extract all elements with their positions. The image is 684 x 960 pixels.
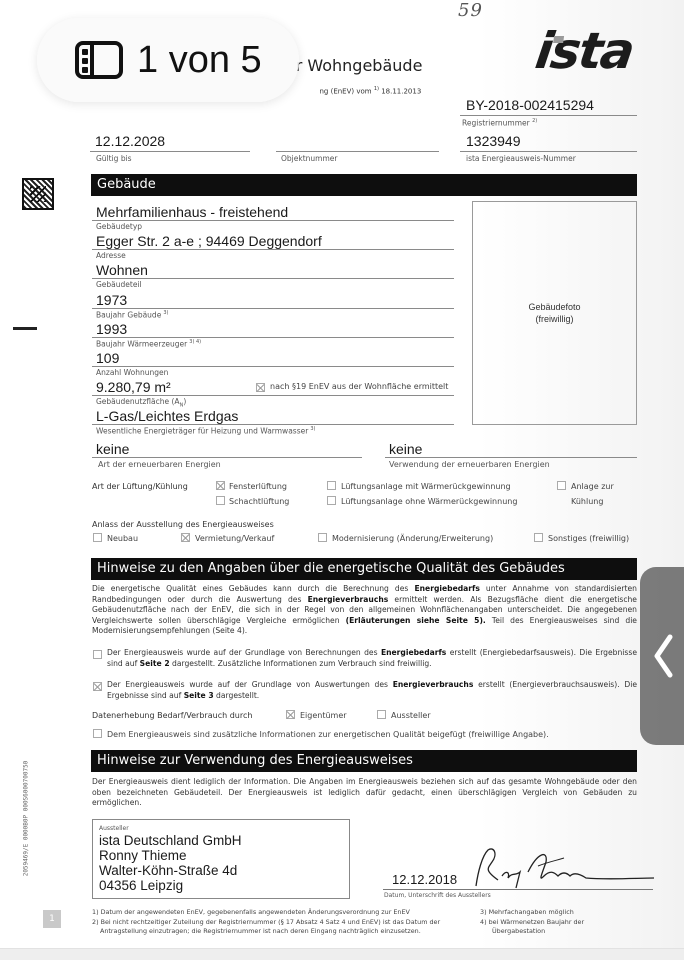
lueftungsanlage-mit-wrg-checkbox[interactable]	[327, 481, 336, 490]
lueftungsanlage-ohne-wrg-checkbox[interactable]	[327, 496, 336, 505]
neubau-checkbox[interactable]	[93, 533, 102, 542]
schachtlueftung-label: Schachtlüftung	[229, 497, 289, 506]
aussteller-label: Aussteller	[391, 711, 431, 720]
side-panel-toggle[interactable]	[640, 567, 684, 745]
signature-caption: Datum, Unterschrift des Ausstellers	[384, 892, 491, 899]
objektnummer-label: Objektnummer	[281, 154, 337, 163]
verbrauchsausweis-text: Der Energieausweis wurde auf der Grundla…	[107, 680, 637, 701]
signature-date: 12.12.2018	[392, 872, 457, 887]
gebaeude-field-value: L-Gas/Leichtes Erdgas	[96, 408, 238, 424]
aussteller-city: 04356 Leipzig	[99, 878, 343, 893]
page-indicator[interactable]: 1 von 5	[37, 18, 299, 102]
erneuerbare-verwendung-value: keine	[389, 441, 422, 457]
qualitaet-intro-text: Die energetische Qualität eines Gebäudes…	[92, 584, 637, 637]
field-underline	[460, 151, 637, 152]
field-underline	[92, 424, 454, 425]
page-indicator-label: 1 von 5	[137, 39, 262, 82]
gebaeude-field-label: Baujahr Gebäude3)	[96, 310, 168, 320]
ista-logo: ista	[532, 26, 636, 76]
margin-mark	[13, 327, 37, 330]
aussteller-name: Ronny Thieme	[99, 848, 343, 863]
page-bottom-edge	[0, 948, 684, 960]
field-underline	[92, 337, 454, 338]
vermietung-verkauf-checkbox[interactable]	[181, 533, 190, 542]
gebaeude-field-value: 109	[96, 350, 119, 366]
aussteller-street: Walter-Köhn-Straße 4d	[99, 863, 343, 878]
anlage-kuehlung-label: Anlage zur	[571, 482, 614, 491]
lueftung-label: Art der Lüftung/Kühlung	[92, 482, 188, 491]
ausweis-nummer-value: 1323949	[466, 133, 521, 149]
sonstiges-checkbox[interactable]	[534, 533, 543, 542]
handwritten-signature	[468, 842, 658, 894]
chevron-left-icon	[648, 631, 678, 681]
datamatrix-code	[22, 178, 54, 210]
schachtlueftung-checkbox[interactable]	[216, 496, 225, 505]
sonstiges-label: Sonstiges (freiwillig)	[548, 534, 629, 543]
footnotes-left: 1) Datum der angewendeten EnEV, gegebene…	[92, 908, 440, 937]
erneuerbare-art-label: Art der erneuerbaren Energien	[98, 460, 221, 469]
aussteller-checkbox[interactable]	[377, 710, 386, 719]
gueltig-bis-value: 12.12.2028	[95, 133, 165, 149]
field-underline	[92, 308, 454, 309]
page-number-badge: 1	[43, 910, 61, 928]
lueftungsanlage-ohne-wrg-label: Lüftungsanlage ohne Wärmerückgewinnung	[341, 497, 517, 506]
footnote-1: 1) Datum der angewendeten EnEV, gegebene…	[92, 908, 440, 918]
zusatzinfo-label: Dem Energieausweis sind zusätzliche Info…	[107, 730, 549, 739]
gebaeude-field-label: Anzahl Wohnungen	[96, 368, 168, 377]
erneuerbare-art-value: keine	[96, 441, 129, 457]
signature-line	[383, 889, 653, 890]
gebaeude-field-value: Wohnen	[96, 262, 148, 278]
gebaeude-field-label: Gebäudetyp	[96, 222, 142, 231]
photo-placeholder-line2: (freiwillig)	[536, 313, 574, 325]
field-underline	[92, 220, 454, 221]
footnote-2-cont: Antragstellung einzutragen; die Registri…	[92, 927, 440, 937]
photo-placeholder-line1: Gebäudefoto	[528, 301, 580, 313]
bedarfsausweis-checkbox[interactable]	[93, 650, 102, 659]
fensterlueftung-label: Fensterlüftung	[229, 482, 287, 491]
registriernummer-value: BY-2018-002415294	[466, 97, 594, 113]
field-underline	[460, 115, 637, 116]
footnote-4: 4) bei Wärmenetzen Baujahr der	[480, 918, 584, 928]
document-page: 59 Energieausweis für Wohngebäude gemäß …	[0, 0, 684, 948]
aussteller-company: ista Deutschland GmbH	[99, 833, 343, 848]
footnote-4-cont: Übergabestation	[480, 927, 584, 937]
gebaeude-field-value: 9.280,79 m²	[96, 379, 171, 395]
footnote-3: 3) Mehrfachangaben möglich	[480, 908, 584, 918]
footnote-2: 2) Bei nicht rechtzeitiger Zuteilung der…	[92, 918, 440, 928]
anlage-kuehlung-checkbox[interactable]	[557, 481, 566, 490]
vertical-document-code: 2059469/E 0000B0P 000S6000700750	[23, 749, 30, 889]
gueltig-bis-label: Gültig bis	[96, 154, 132, 163]
field-underline	[92, 249, 454, 250]
datenerhebung-label: Datenerhebung Bedarf/Verbrauch durch	[92, 711, 252, 720]
gebaeude-field-value: Mehrfamilienhaus - freistehend	[96, 204, 288, 220]
logo-accent	[553, 36, 564, 43]
gebaeude-field-value: 1973	[96, 292, 127, 308]
lueftungsanlage-mit-wrg-label: Lüftungsanlage mit Wärmerückgewinnung	[341, 482, 511, 491]
aussteller-box: Aussteller ista Deutschland GmbH Ronny T…	[92, 819, 350, 899]
registriernummer-label: Registriernummer 2)	[462, 118, 537, 128]
nutzflaeche-checkbox-label: nach §19 EnEV aus der Wohnfläche ermitte…	[270, 382, 448, 391]
gebaeude-field-label: Adresse	[96, 251, 126, 260]
field-underline	[385, 457, 637, 458]
fensterlueftung-checkbox[interactable]	[216, 481, 225, 490]
field-underline	[92, 278, 454, 279]
anlage-kuehlung-label-2: Kühlung	[571, 497, 603, 506]
modernisierung-label: Modernisierung (Änderung/Erweiterung)	[332, 534, 493, 543]
field-underline	[92, 366, 454, 367]
section-header-hinweise-verwendung: Hinweise zur Verwendung des Energieauswe…	[91, 750, 637, 772]
field-underline	[90, 151, 250, 152]
gebaeude-field-label: Wesentliche Energieträger für Heizung un…	[96, 426, 315, 436]
section-header-hinweise-qualitaet: Hinweise zu den Angaben über die energet…	[91, 558, 637, 580]
building-photo-placeholder: Gebäudefoto (freiwillig)	[472, 201, 637, 425]
gebaeude-field-label: Gebäudeteil	[96, 280, 142, 289]
aussteller-caption: Aussteller	[99, 825, 343, 832]
gebaeude-field-label: Baujahr Wärmeerzeuger3) 4)	[96, 339, 201, 349]
anlass-label: Anlass der Ausstellung des Energieauswei…	[92, 520, 274, 529]
sidebar-thumbnails-icon	[75, 41, 123, 79]
ausweis-nummer-label: ista Energieausweis-Nummer	[466, 154, 576, 163]
eigentuemer-label: Eigentümer	[300, 711, 347, 720]
section-header-gebaeude: Gebäude	[91, 174, 637, 196]
gebaeude-field-label: Gebäudenutzfläche (AN)	[96, 397, 186, 409]
vermietung-verkauf-label: Vermietung/Verkauf	[195, 534, 274, 543]
modernisierung-checkbox[interactable]	[318, 533, 327, 542]
gebaeude-field-value: 1993	[96, 321, 127, 337]
verwendung-text: Der Energieausweis dient lediglich der I…	[92, 777, 637, 809]
nutzflaeche-checkbox[interactable]	[256, 383, 265, 392]
neubau-label: Neubau	[107, 534, 138, 543]
footnotes-right: 3) Mehrfachangaben möglich 4) bei Wärmen…	[480, 908, 584, 937]
zusatzinfo-checkbox[interactable]	[93, 729, 102, 738]
erneuerbare-verwendung-label: Verwendung der erneuerbaren Energien	[389, 460, 550, 469]
field-underline	[92, 457, 362, 458]
handwritten-page-number: 59	[458, 0, 483, 21]
bedarfsausweis-text: Der Energieausweis wurde auf der Grundla…	[107, 648, 637, 669]
gebaeude-field-value: Egger Str. 2 a-e ; 94469 Deggendorf	[96, 233, 322, 249]
field-underline	[276, 151, 439, 152]
eigentuemer-checkbox[interactable]	[286, 710, 295, 719]
field-underline	[92, 395, 454, 396]
verbrauchsausweis-checkbox[interactable]	[93, 682, 102, 691]
